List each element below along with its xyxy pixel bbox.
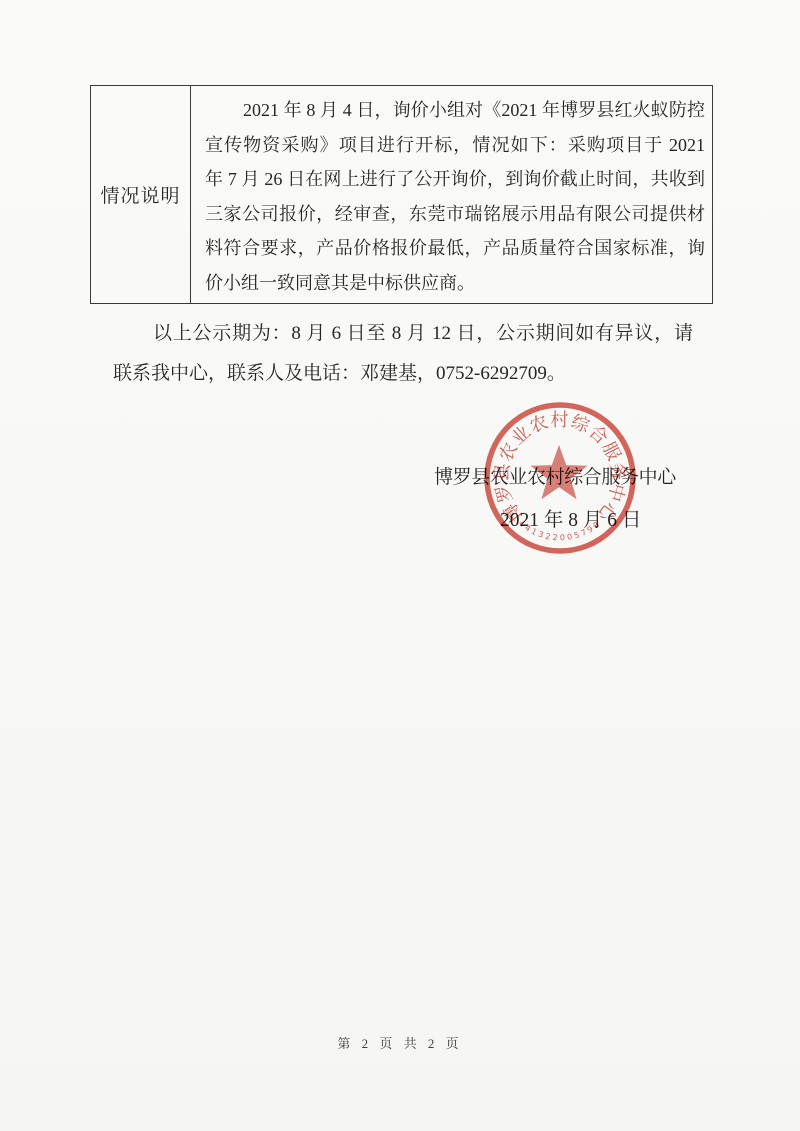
table-content-line: 宣传物资采购》项目进行开标，情况如下：采购项目于 2021 [205,128,705,163]
official-seal-graphic: 博罗县农业农村综合服务中心 441322005798 [477,395,643,561]
notice-paragraph: 以上公示期为：8 月 6 日至 8 月 12 日，公示期间如有异议，请 联系我中… [113,314,693,394]
notice-line: 联系我中心，联系人及电话：邓建基，0752-6292709。 [113,354,693,394]
star-icon [531,445,588,499]
table-row-content: 2021 年 8 月 4 日，询价小组对《2021 年博罗县红火蚁防控 宣传物资… [191,86,712,303]
seal-serial-number: 441322005798 [517,519,603,543]
table-content-line: 三家公司报价，经审查，东莞市瑞铭展示用品有限公司提供材 [205,197,705,232]
table-content-line: 年 7 月 26 日在网上进行了公开询价，到询价截止时间，共收到 [205,162,705,197]
table-content-line: 料符合要求，产品价格报价最低，产品质量符合国家标准，询 [205,231,705,266]
scanned-document-page: 情况说明 2021 年 8 月 4 日，询价小组对《2021 年博罗县红火蚁防控… [0,0,800,1131]
table-content-line: 2021 年 8 月 4 日，询价小组对《2021 年博罗县红火蚁防控 [205,93,705,128]
table-row-label: 情况说明 [91,86,191,303]
table-content-line: 价小组一致同意其是中标供应商。 [205,266,705,301]
notice-line: 以上公示期为：8 月 6 日至 8 月 12 日，公示期间如有异议，请 [113,314,693,354]
page-number-footer: 第 2 页 共 2 页 [0,1033,800,1052]
official-seal: 博罗县农业农村综合服务中心 441322005798 [477,395,643,561]
situation-table: 情况说明 2021 年 8 月 4 日，询价小组对《2021 年博罗县红火蚁防控… [90,85,713,304]
